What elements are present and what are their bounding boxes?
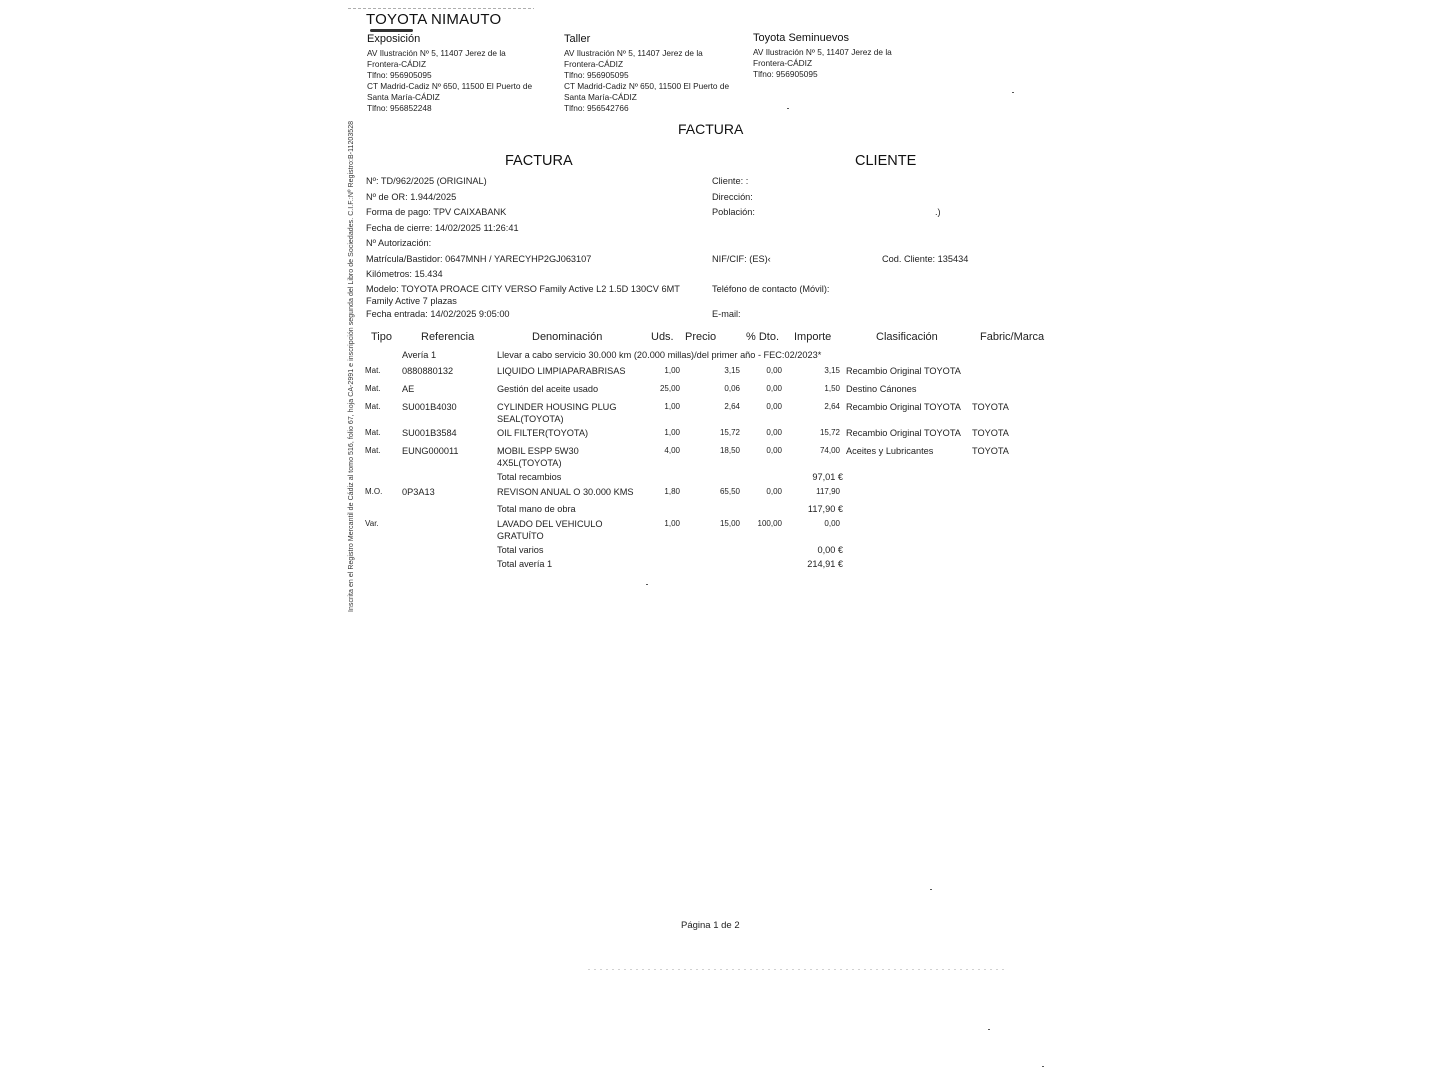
col-header-importe: Importe [794,331,831,343]
branch-line: Frontera-CÁDIZ [564,59,729,70]
client-name: Cliente: : [712,176,748,186]
cell-precio: 15,00 [700,519,740,528]
cell-uds: 4,00 [640,446,680,455]
cell-referencia: 0880880132 [402,366,453,376]
branch-line: Tlfno: 956905095 [367,70,532,81]
cell-uds: 1,00 [640,402,680,411]
work-order-number: Nº de OR: 1.944/2025 [366,192,456,202]
cell-tipo: Mat. [365,428,381,437]
cell-referencia: AE [402,384,414,394]
cell-denominacion: Gestión del aceite usado [497,384,598,394]
page-indicator: Página 1 de 2 [681,920,740,931]
cell-denominacion-cont: 4X5L(TOYOTA) [497,458,562,468]
cell-dto: 0,00 [745,402,782,411]
cell-referencia: SU001B4030 [402,402,457,412]
branch-line: Frontera-CÁDIZ [367,59,532,70]
cell-precio: 18,50 [700,446,740,455]
client-email: E-mail: [712,309,741,319]
total-misc-value: 0,00 € [760,545,843,555]
cell-importe: 0,00 [780,519,840,528]
cell-precio: 2,64 [700,402,740,411]
cell-clasificacion: Recambio Original TOYOTA [846,366,961,376]
cell-marca: TOYOTA [972,402,1009,412]
branch-line: Tlfno: 956542766 [564,103,729,114]
scan-artifact-line [348,8,534,9]
col-header-precio: Precio [685,331,716,343]
scan-speck [1042,1066,1044,1067]
client-tax-id: NIF/CIF: (ES)‹ [712,254,771,264]
cell-clasificacion: Recambio Original TOYOTA [846,428,961,438]
branch-title: Toyota Seminuevos [753,31,892,45]
branch-line: AV Ilustración Nº 5, 11407 Jerez de la [564,48,729,59]
branch-line: Tlfno: 956905095 [753,69,892,80]
scan-speck [988,1029,990,1030]
cell-importe: 1,50 [780,384,840,393]
cell-marca: TOYOTA [972,446,1009,456]
branch-line: CT Madrid-Cadiz Nº 650, 11500 El Puerto … [564,81,729,92]
col-header-dto: % Dto. [746,331,779,343]
branch-title: Taller [564,32,729,46]
cell-uds: 25,00 [640,384,680,393]
closing-date: Fecha de cierre: 14/02/2025 11:26:41 [366,223,519,233]
scan-speck [787,108,789,109]
vehicle-model-cont: Family Active 7 plazas [366,296,457,306]
cell-importe: 2,64 [780,402,840,411]
cell-precio: 65,50 [700,487,740,496]
branch-seminuevos: Toyota Seminuevos AV Ilustración Nº 5, 1… [753,31,892,80]
authorization-number: Nº Autorización: [366,238,431,248]
cell-denominacion-cont: GRATUÍTO [497,531,544,541]
plate-vin: Matrícula/Bastidor: 0647MNH / YARECYHP2G… [366,254,591,264]
cell-uds: 1,80 [640,487,680,496]
cell-importe: 74,00 [780,446,840,455]
cell-denominacion: REVISON ANUAL O 30.000 KMS [497,487,634,497]
cell-clasificacion: Destino Cánones [846,384,916,394]
branch-line: Frontera-CÁDIZ [753,58,892,69]
total-misc-label: Total varios [497,545,543,555]
registry-note: Inscrita en el Registro Mercantil de Cád… [348,121,355,612]
cell-denominacion: OIL FILTER(TOYOTA) [497,428,588,438]
cell-precio: 0,06 [700,384,740,393]
client-address: Dirección: [712,192,753,202]
branch-title: Exposición [367,32,532,46]
kilometers: Kilómetros: 15.434 [366,269,443,279]
cell-referencia: 0P3A13 [402,487,435,497]
col-header-marca: Fabric/Marca [980,331,1044,343]
cell-tipo: Mat. [365,402,381,411]
client-city-value: .) [935,207,941,217]
branch-line: Tlfno: 956905095 [564,70,729,81]
client-section-title: CLIENTE [855,153,916,169]
branch-exposicion: Exposición AV Ilustración Nº 5, 11407 Je… [367,32,532,114]
averia-label: Avería 1 [402,350,436,360]
branch-line: AV Ilustración Nº 5, 11407 Jerez de la [367,48,532,59]
averia-description: Llevar a cabo servicio 30.000 km (20.000… [497,350,821,360]
cell-importe: 3,15 [780,366,840,375]
cell-importe: 117,90 [780,487,840,496]
branch-line: CT Madrid-Cadiz Nº 650, 11500 El Puerto … [367,81,532,92]
client-code: Cod. Cliente: 135434 [882,254,968,264]
cell-denominacion: LIQUIDO LIMPIAPARABRISAS [497,366,626,376]
cell-uds: 1,00 [640,428,680,437]
client-phone: Teléfono de contacto (Móvil): [712,284,829,294]
total-parts-value: 97,01 € [760,472,843,482]
total-parts-label: Total recambios [497,472,561,482]
cell-denominacion: LAVADO DEL VEHICULO [497,519,603,529]
col-header-referencia: Referencia [421,331,474,343]
cell-dto: 100,00 [745,519,782,528]
branch-line: Tlfno: 956852248 [367,103,532,114]
entry-date: Fecha entrada: 14/02/2025 9:05:00 [366,309,510,319]
client-city: Población: [712,207,755,217]
cell-dto: 0,00 [745,366,782,375]
cell-clasificacion: Aceites y Lubricantes [846,446,933,456]
scan-speck [1012,92,1014,93]
cell-tipo: Var. [365,519,379,528]
cell-denominacion-cont: SEAL(TOYOTA) [497,414,564,424]
cell-clasificacion: Recambio Original TOYOTA [846,402,961,412]
vehicle-model: Modelo: TOYOTA PROACE CITY VERSO Family … [366,284,680,294]
cell-tipo: M.O. [365,487,382,496]
cell-tipo: Mat. [365,384,381,393]
col-header-tipo: Tipo [371,331,392,343]
cell-denominacion: CYLINDER HOUSING PLUG [497,402,616,412]
cell-referencia: EUNG000011 [402,446,459,456]
total-labor-label: Total mano de obra [497,504,576,514]
cell-tipo: Mat. [365,446,381,455]
cell-precio: 15,72 [700,428,740,437]
cell-marca: TOYOTA [972,428,1009,438]
cell-referencia: SU001B3584 [402,428,457,438]
total-averia-label: Total avería 1 [497,559,552,569]
col-header-clasificacion: Clasificación [876,331,938,343]
cell-uds: 1,00 [640,366,680,375]
scan-speck [646,584,648,585]
invoice-number: Nº: TD/962/2025 (ORIGINAL) [366,176,487,186]
cell-denominacion: MOBIL ESPP 5W30 [497,446,579,456]
branch-line: AV Ilustración Nº 5, 11407 Jerez de la [753,47,892,58]
document-title: FACTURA [678,121,743,137]
cell-tipo: Mat. [365,366,381,375]
branch-taller: Taller AV Ilustración Nº 5, 11407 Jerez … [564,32,729,114]
cell-dto: 0,00 [745,487,782,496]
cell-dto: 0,00 [745,384,782,393]
company-brand: TOYOTA NIMAUTO [366,11,501,28]
cell-uds: 1,00 [640,519,680,528]
invoice-section-title: FACTURA [505,153,573,169]
cell-dto: 0,00 [745,428,782,437]
col-header-denominacion: Denominación [532,331,602,343]
branch-line: Santa María-CÁDIZ [564,92,729,103]
cell-importe: 15,72 [780,428,840,437]
scan-speck [930,889,932,890]
total-labor-value: 117,90 € [760,504,843,514]
scan-artifact-noise [588,969,1008,970]
total-averia-value: 214,91 € [760,559,843,569]
cell-dto: 0,00 [745,446,782,455]
branch-line: Santa María-CÁDIZ [367,92,532,103]
cell-precio: 3,15 [700,366,740,375]
payment-method: Forma de pago: TPV CAIXABANK [366,207,506,217]
col-header-uds: Uds. [651,331,674,343]
